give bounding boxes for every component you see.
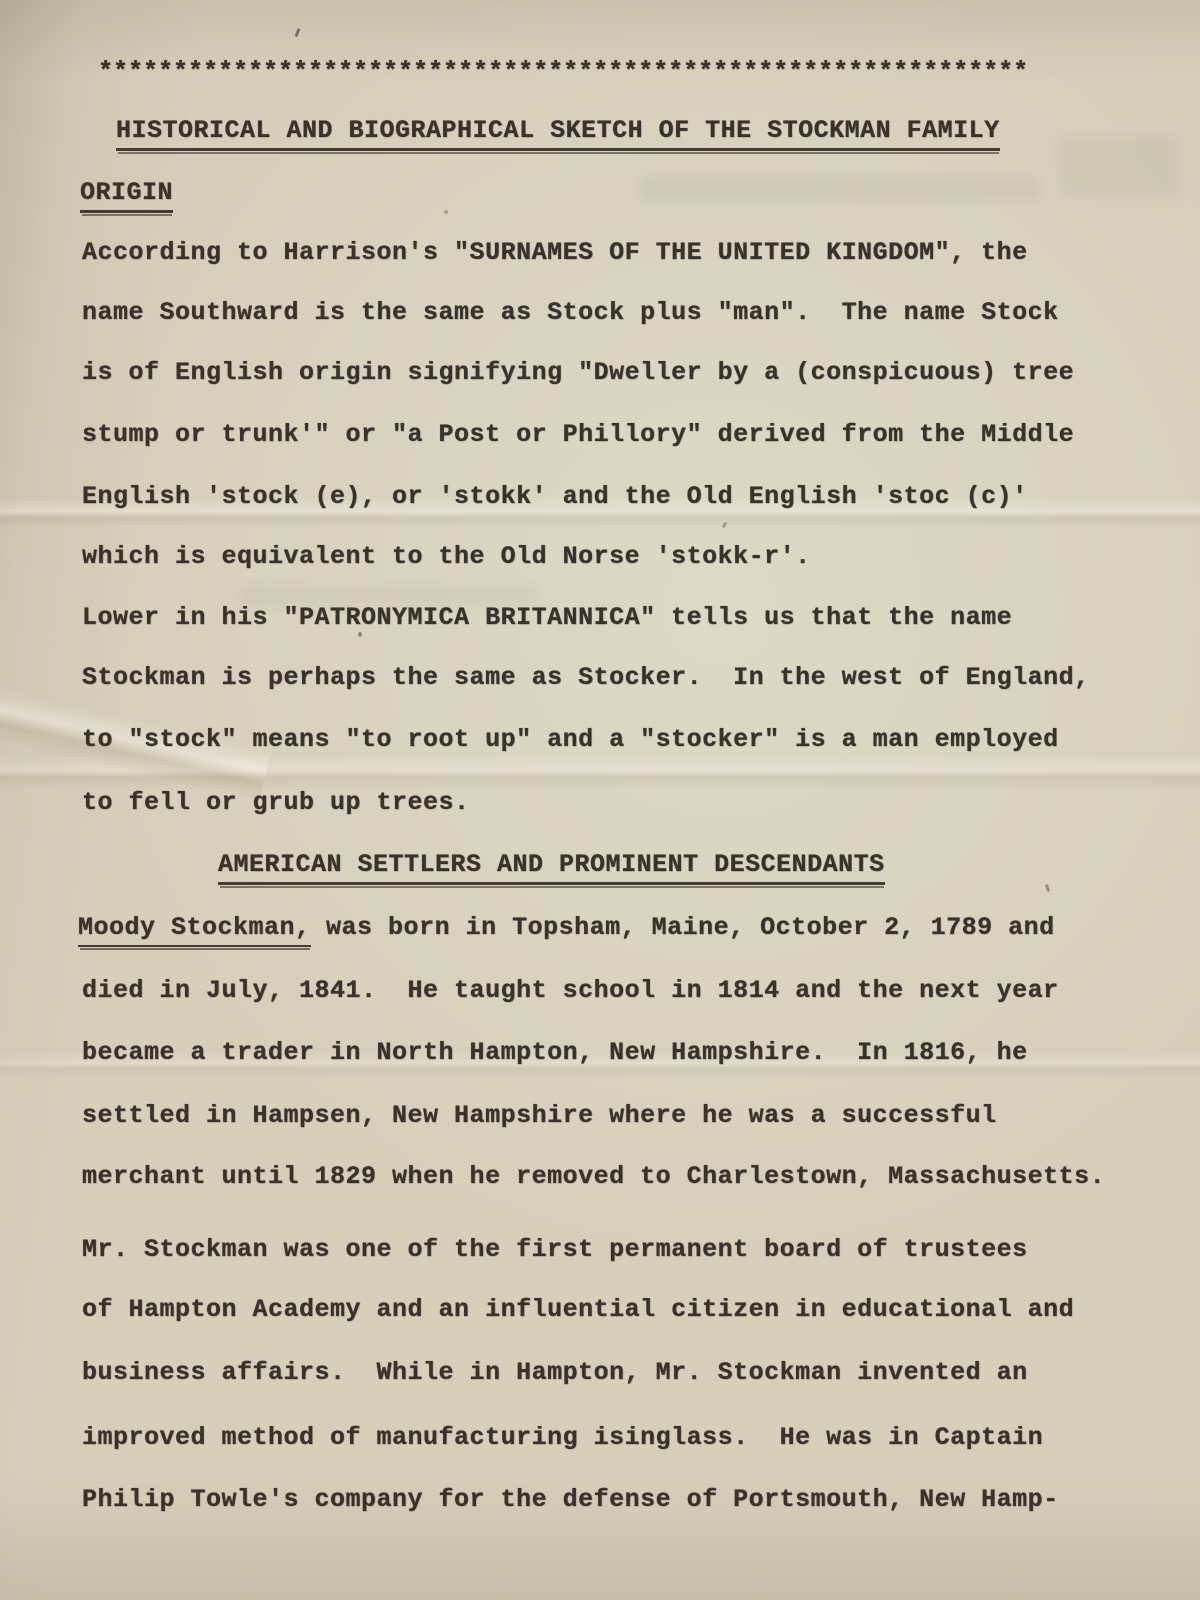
text-segment: name Southward is the same as Stock plus…	[82, 298, 1059, 327]
text-segment: Stockman is perhaps the same as Stocker.…	[82, 663, 1090, 692]
text-line: merchant until 1829 when he removed to C…	[82, 1161, 1105, 1193]
text-segment: died in July, 1841. He taught school in …	[82, 976, 1059, 1005]
text-segment: Mr. Stockman was one of the first perman…	[82, 1235, 1028, 1264]
text-line: died in July, 1841. He taught school in …	[82, 975, 1059, 1007]
text-line: Moody Stockman, was born in Topsham, Mai…	[78, 912, 1055, 947]
underlined-text-segment: HISTORICAL AND BIOGRAPHICAL SKETCH OF TH…	[116, 115, 1000, 151]
decorative-asterisk-row: ****************************************…	[98, 56, 1028, 88]
text-segment: was born in Topsham, Maine, October 2, 1…	[311, 913, 1055, 942]
text-line: which is equivalent to the Old Norse 'st…	[82, 541, 811, 573]
text-segment: improved method of manufacturing isingla…	[82, 1423, 1043, 1452]
text-line: to fell or grub up trees.	[82, 787, 470, 819]
text-segment: business affairs. While in Hampton, Mr. …	[82, 1358, 1028, 1387]
bleedthrough-smudge	[640, 178, 1040, 200]
text-line: is of English origin signifying "Dweller…	[82, 357, 1074, 389]
text-line: settled in Hampsen, New Hampshire where …	[82, 1100, 997, 1132]
text-line: English 'stock (e), or 'stokk' and the O…	[82, 481, 1028, 513]
underlined-text-segment: Moody Stockman,	[78, 912, 311, 947]
text-segment: which is equivalent to the Old Norse 'st…	[82, 542, 811, 571]
text-line: business affairs. While in Hampton, Mr. …	[82, 1357, 1028, 1389]
text-segment: According to Harrison's "SURNAMES OF THE…	[82, 238, 1028, 267]
text-segment: to fell or grub up trees.	[82, 788, 470, 817]
american-settlers-section-heading: AMERICAN SETTLERS AND PROMINENT DESCENDA…	[218, 849, 885, 885]
text-line: stump or trunk'" or "a Post or Phillory"…	[82, 419, 1074, 451]
text-line: to "stock" means "to root up" and a "sto…	[82, 724, 1059, 756]
text-line: name Southward is the same as Stock plus…	[82, 297, 1059, 329]
text-segment: became a trader in North Hampton, New Ha…	[82, 1038, 1028, 1067]
text-line: According to Harrison's "SURNAMES OF THE…	[82, 237, 1028, 269]
text-line: Stockman is perhaps the same as Stocker.…	[82, 662, 1090, 694]
underlined-text-segment: AMERICAN SETTLERS AND PROMINENT DESCENDA…	[218, 849, 885, 885]
text-segment: English 'stock (e), or 'stokk' and the O…	[82, 482, 1028, 511]
ink-speck	[444, 210, 448, 214]
document-title: HISTORICAL AND BIOGRAPHICAL SKETCH OF TH…	[116, 115, 1000, 151]
text-segment: stump or trunk'" or "a Post or Phillory"…	[82, 420, 1074, 449]
text-segment: to "stock" means "to root up" and a "sto…	[82, 725, 1059, 754]
text-segment: settled in Hampsen, New Hampshire where …	[82, 1101, 997, 1130]
text-segment: of Hampton Academy and an influential ci…	[82, 1295, 1074, 1324]
ink-speck	[294, 28, 300, 37]
bleedthrough-smudge	[1060, 136, 1180, 196]
text-segment: is of English origin signifying "Dweller…	[82, 358, 1074, 387]
text-line: Mr. Stockman was one of the first perman…	[82, 1234, 1028, 1266]
ink-speck	[1045, 884, 1050, 893]
text-line: became a trader in North Hampton, New Ha…	[82, 1037, 1028, 1069]
text-line: Lower in his "PATRONYMICA BRITANNICA" te…	[82, 602, 1012, 634]
text-segment: Philip Towle's company for the defense o…	[82, 1485, 1059, 1514]
text-segment: merchant until 1829 when he removed to C…	[82, 1162, 1105, 1191]
text-line: Philip Towle's company for the defense o…	[82, 1484, 1059, 1516]
text-line: of Hampton Academy and an influential ci…	[82, 1294, 1074, 1326]
fold-crease	[0, 755, 1200, 789]
document-page: ****************************************…	[0, 0, 1200, 1600]
text-line: improved method of manufacturing isingla…	[82, 1422, 1043, 1454]
text-segment: Lower in his "PATRONYMICA BRITANNICA" te…	[82, 603, 1012, 632]
underlined-text-segment: ORIGIN	[80, 177, 173, 213]
origin-section-heading: ORIGIN	[80, 177, 173, 213]
text-segment: ****************************************…	[98, 57, 1028, 86]
ink-speck	[722, 522, 728, 529]
